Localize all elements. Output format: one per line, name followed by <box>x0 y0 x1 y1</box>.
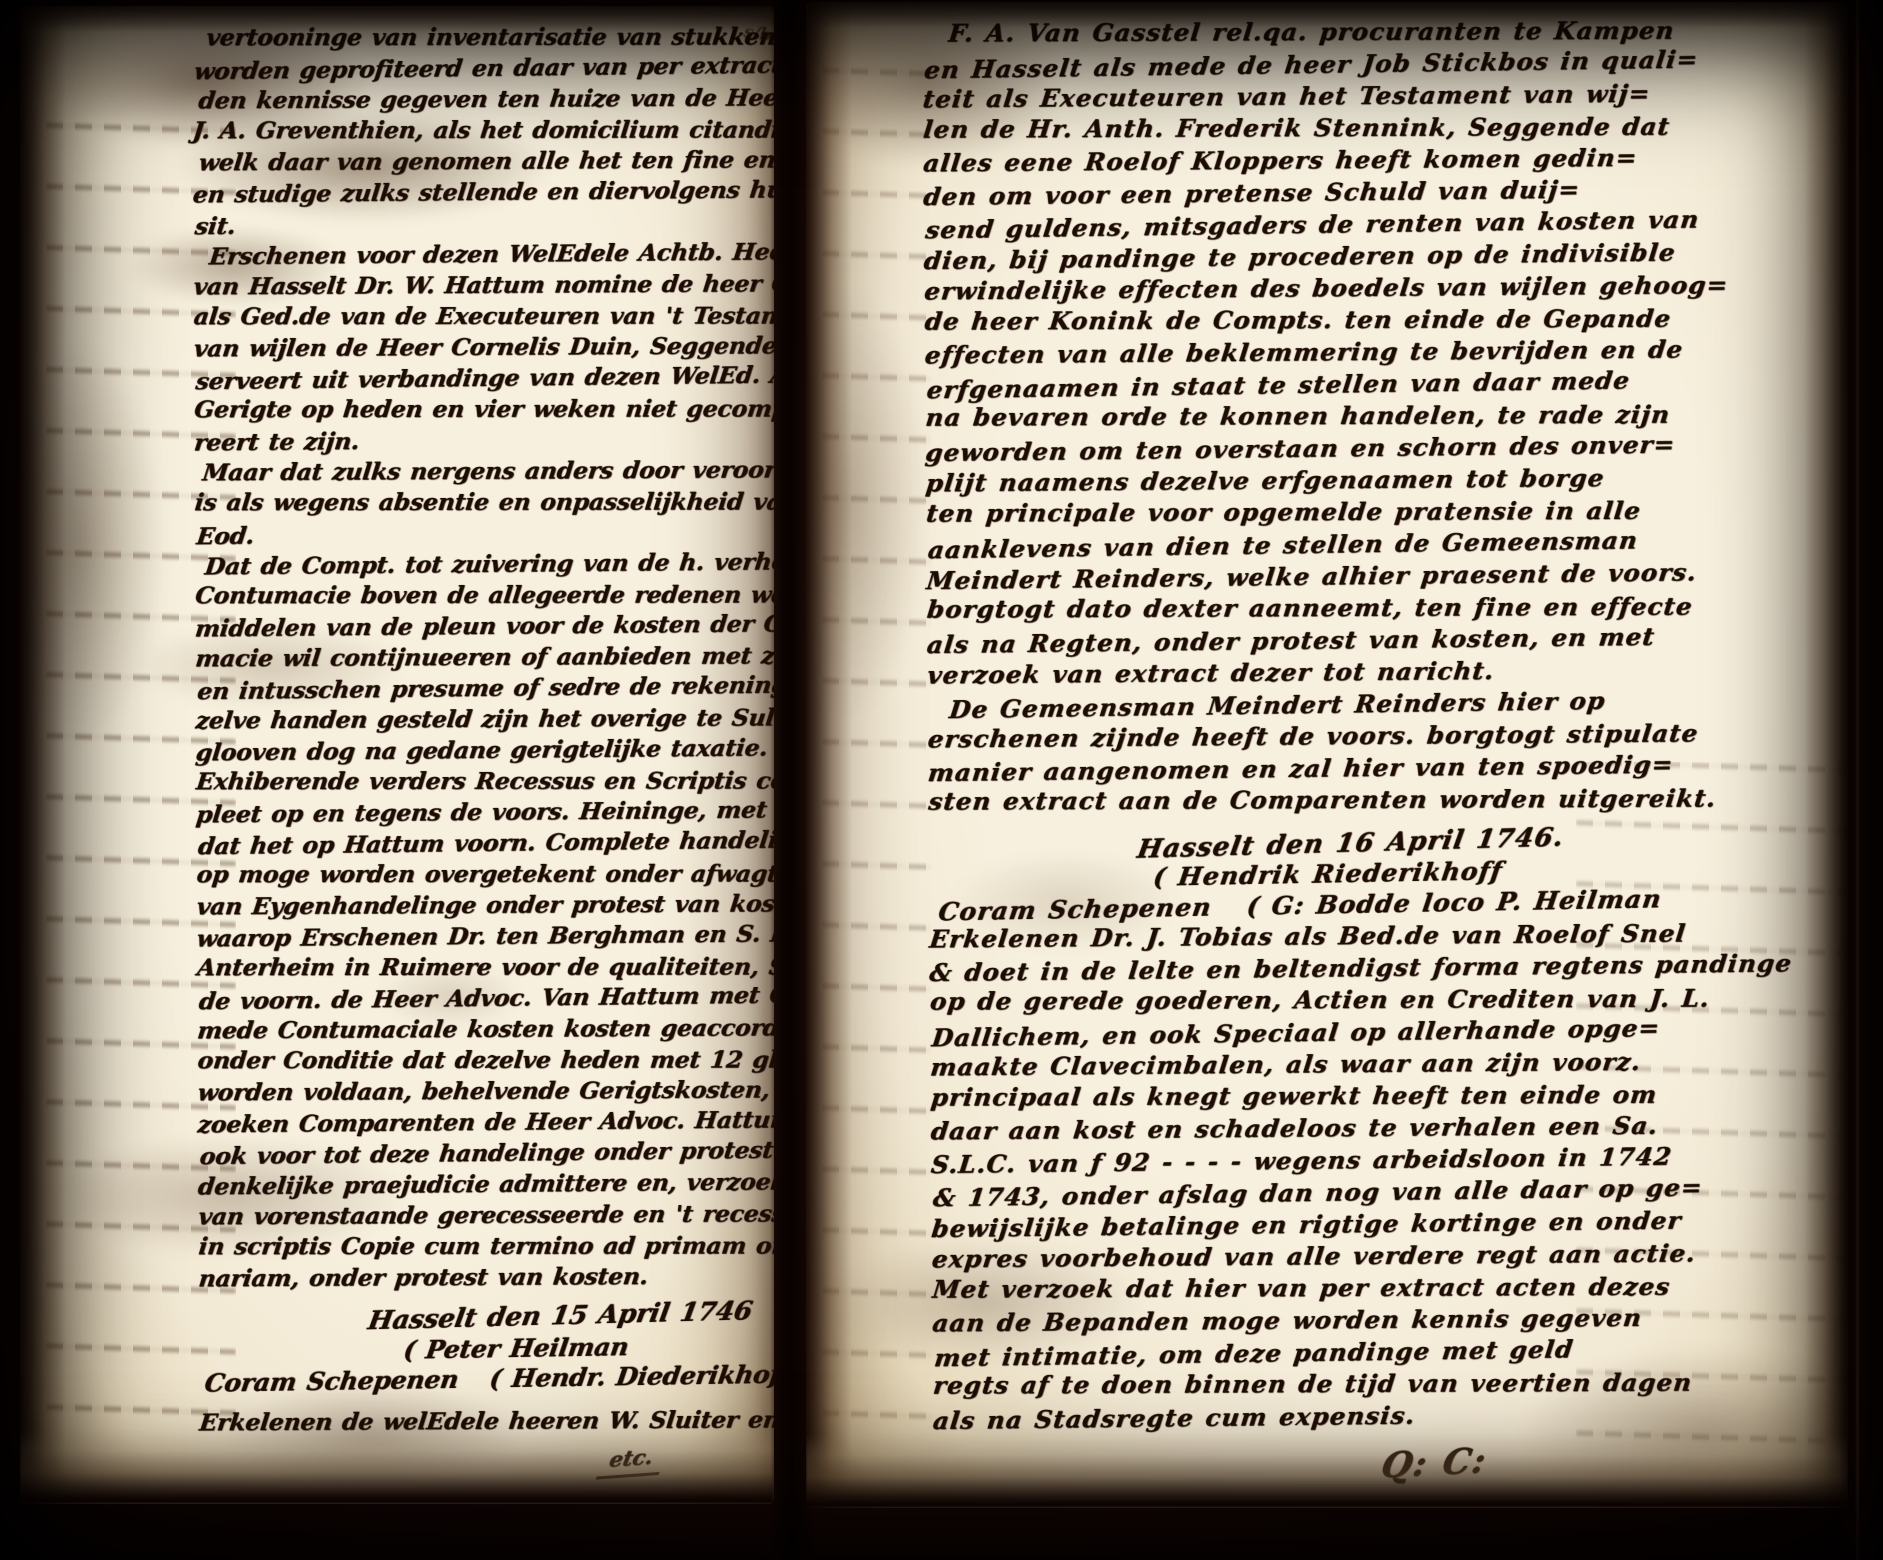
manuscript-line: Maar dat zulks nergens anders door veroo… <box>201 454 774 488</box>
manuscript-line: van vorenstaande gerecesseerde en 't rec… <box>197 1198 774 1232</box>
ink-bleedthrough-ghost <box>822 62 932 1442</box>
left-page: vertooninge van inventarisatie van stukk… <box>20 6 774 1504</box>
manuscript-line: en intusschen presume of sedre de rekeni… <box>196 670 774 708</box>
manuscript-line: in scriptis Copie cum termino ad primam … <box>197 1231 774 1263</box>
paraph-mark: etc. <box>596 1440 666 1480</box>
manuscript-line: denkelijke praejudicie admittere en, ver… <box>196 1166 774 1202</box>
manuscript-line: mede Contumaciale kosten kosten geaccord… <box>196 1012 774 1046</box>
manuscript-line: de voorn. de Heer Advoc. Van Hattum met … <box>197 980 774 1018</box>
manuscript-line: Gerigte op heden en vier weken niet geco… <box>193 394 774 426</box>
manuscript-line: J. A. Greventhien, als het domicilium ci… <box>191 115 774 147</box>
manuscript-line: Erschenen voor dezen WelEdele Achtb. Hee… <box>208 236 774 272</box>
manuscript-photo: vertooninge van inventarisatie van stukk… <box>0 0 1883 1560</box>
binding-crease-line <box>1856 0 1859 1560</box>
manuscript-line: worden voldaan, behelvende Gerigtskosten… <box>196 1074 774 1108</box>
page-edge-shadow <box>20 6 66 1504</box>
manuscript-line: als Ged.de van de Executeuren van 't Tes… <box>192 301 774 333</box>
left-page-text-column: vertooninge van inventarisatie van stukk… <box>192 20 774 1479</box>
margin-note: s/b <box>743 22 773 46</box>
right-page: F. A. Van Gasstel rel.qa. procuranten te… <box>806 2 1848 1508</box>
manuscript-line: onder Conditie dat dezelve heden met 12 … <box>196 1045 774 1077</box>
manuscript-line: reert te zijn. <box>192 422 774 458</box>
signature-line: Coram Schepenen ( Hendr. Diederikhoff <box>203 1358 774 1398</box>
manuscript-line: Exhiberende verders Recessus en Scriptis… <box>195 766 774 798</box>
right-page-text-column: F. A. Van Gasstel rel.qa. procuranten te… <box>922 12 1848 1475</box>
manuscript-line: Anterheim in Ruimere voor de qualiteiten… <box>196 952 774 984</box>
manuscript-line: van Eygenhandelinge onder protest van ko… <box>195 888 774 922</box>
manuscript-line: Dat de Compt. tot zuivering van de h. ve… <box>203 546 774 582</box>
page-edge-shadow <box>806 2 852 1508</box>
manuscript-line: macie wil contijnueeren of aanbieden met… <box>194 640 774 674</box>
manuscript-line: middelen van de pleun voor de kosten der… <box>193 608 774 644</box>
manuscript-line: glooven dog na gedane gerigtelijke taxat… <box>194 732 774 768</box>
manuscript-line: sten extract aan de Comparenten worden u… <box>927 782 1848 818</box>
manuscript-line: den kennisse gegeven ten huize van de He… <box>197 82 774 116</box>
binding-edge <box>1840 0 1883 1560</box>
manuscript-line: van Hasselt Dr. W. Hattum nomine de heer… <box>192 268 774 302</box>
manuscript-line: Contumacie boven de allegeerde redenen w… <box>194 580 774 612</box>
manuscript-line: principaal als knegt gewerkt heeft ten e… <box>929 1078 1848 1114</box>
manuscript-line: serveert uit verbandinge van dezen WelEd… <box>194 360 774 398</box>
manuscript-line: worden geprofiteerd en daar van per extr… <box>192 50 774 88</box>
manuscript-line: zelve handen gesteld zijn het overige te… <box>194 702 774 736</box>
manuscript-line: welk daar van genomen alle het ten fine … <box>197 144 774 178</box>
manuscript-line: waarop Erschenen Dr. ten Berghman en S. … <box>195 918 774 954</box>
manuscript-line: nariam, onder protest van kosten. <box>197 1260 774 1294</box>
manuscript-line: op moge worden overgetekent onder afwagt… <box>195 859 774 891</box>
manuscript-line: is als wegens absentie en onpasselijkhei… <box>193 487 774 519</box>
manuscript-line: Erkelenen de welEdele heeren W. Sluiter … <box>198 1404 774 1438</box>
manuscript-line: vertooninge van inventarisatie van stukk… <box>205 22 774 54</box>
manuscript-line: dat het op Hattum voorn. Complete handel… <box>196 825 774 863</box>
manuscript-line: Met verzoek dat hier van per extract act… <box>931 1270 1848 1306</box>
paraph-mark: Q: C: <box>1379 1426 1848 1483</box>
manuscript-line: van wijlen de Heer Cornelis Duin, Seggen… <box>192 330 774 364</box>
